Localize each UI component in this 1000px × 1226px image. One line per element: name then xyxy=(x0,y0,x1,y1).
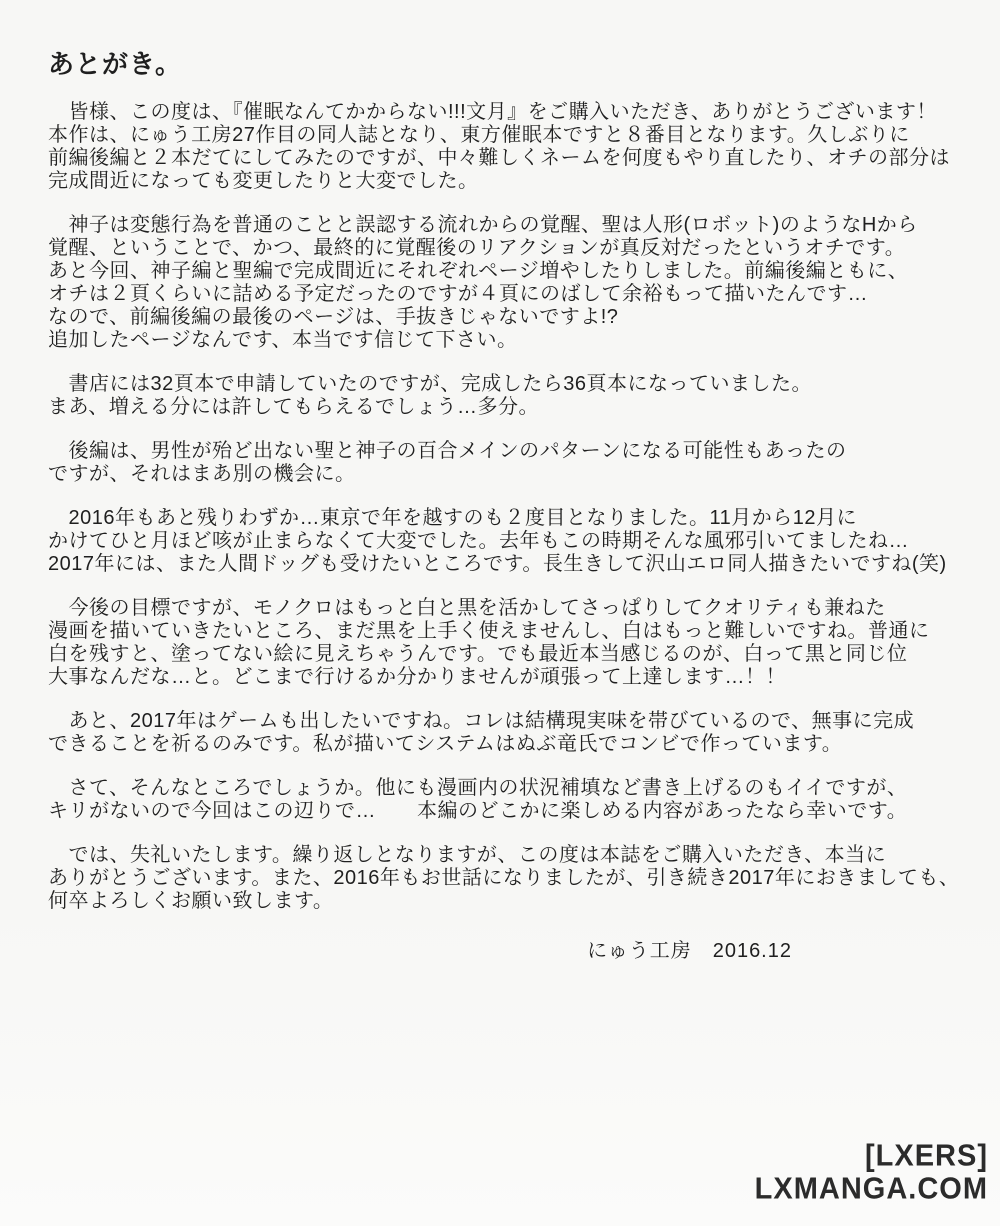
text-line: あと今回、神子編と聖編で完成間近にそれぞれページ増やしたりしました。前編後編とも… xyxy=(48,260,960,283)
text-line: あと、2017年はゲームも出したいですね。コレは結構現実味を帯びているので、無事… xyxy=(48,710,960,733)
text-line: 覚醒、ということで、かつ、最終的に覚醒後のリアクションが真反対だったというオチで… xyxy=(48,237,960,260)
paragraph: 今後の目標ですが、モノクロはもっと白と黒を活かしてさっぱりしてクオリティも兼ねた… xyxy=(48,597,960,689)
paragraph: さて、そんなところでしょうか。他にも漫画内の状況補填など書き上げるのもイイですが… xyxy=(48,777,960,823)
page-title: あとがき。 xyxy=(48,44,960,81)
text-line: 後編は、男性が殆ど出ない聖と神子の百合メインのパターンになる可能性もあったの xyxy=(48,440,960,463)
paragraph: あと、2017年はゲームも出したいですね。コレは結構現実味を帯びているので、無事… xyxy=(48,710,960,756)
text-line: 神子は変態行為を普通のことと誤認する流れからの覚醒、聖は人形(ロボット)のような… xyxy=(48,214,960,237)
signature: にゅう工房 2016.12 xyxy=(48,934,960,963)
text-line: では、失礼いたします。繰り返しとなりますが、この度は本誌をご購入いただき、本当に xyxy=(48,844,960,867)
text-line: オチは２頁くらいに詰める予定だったのですが４頁にのばして余裕もって描いたんです… xyxy=(48,283,960,306)
text-line: 何卒よろしくお願い致します。 xyxy=(48,890,960,913)
text-line: 前編後編と２本だてにしてみたのですが、中々難しくネームを何度もやり直したり、オチ… xyxy=(48,147,960,170)
paragraph: 神子は変態行為を普通のことと誤認する流れからの覚醒、聖は人形(ロボット)のような… xyxy=(48,214,960,352)
text-line: 大事なんだな…と。どこまで行けるか分かりませんが頑張って上達します…！！ xyxy=(48,666,960,689)
paragraph: 後編は、男性が殆ど出ない聖と神子の百合メインのパターンになる可能性もあったのです… xyxy=(48,440,960,486)
text-line: キリがないので今回はこの辺りで… 本編のどこかに楽しめる内容があったなら幸いです… xyxy=(48,800,960,823)
paragraph: では、失礼いたします。繰り返しとなりますが、この度は本誌をご購入いただき、本当に… xyxy=(48,844,960,913)
paragraph: 2016年もあと残りわずか…東京で年を越すのも２度目となりました。11月から12… xyxy=(48,507,960,576)
text-line: 完成間近になっても変更したりと大変でした。 xyxy=(48,170,960,193)
afterword-body: 皆様、この度は、『催眠なんてかからない!!!文月』をご購入いただき、ありがとうご… xyxy=(48,101,960,913)
watermark-site-name: LXMANGA.COM xyxy=(755,1172,988,1207)
text-line: ありがとうございます。また、2016年もお世話になりましたが、引き続き2017年… xyxy=(48,867,960,890)
text-line: できることを祈るのみです。私が描いてシステムはぬぶ竜氏でコンビで作っています。 xyxy=(48,733,960,756)
watermark: [LXERS] LXMANGA.COM xyxy=(755,1140,988,1206)
text-line: 本作は、にゅう工房27作目の同人誌となり、東方催眠本ですと８番目となります。久し… xyxy=(48,124,960,147)
text-line: なので、前編後編の最後のページは、手抜きじゃないですよ!? xyxy=(48,306,960,329)
text-line: 2016年もあと残りわずか…東京で年を越すのも２度目となりました。11月から12… xyxy=(48,507,960,530)
text-line: 2017年には、また人間ドッグも受けたいところです。長生きして沢山エロ同人描きた… xyxy=(48,553,960,576)
watermark-group-name: [LXERS] xyxy=(755,1139,988,1174)
text-line: 今後の目標ですが、モノクロはもっと白と黒を活かしてさっぱりしてクオリティも兼ねた xyxy=(48,597,960,620)
text-line: ですが、それはまあ別の機会に。 xyxy=(48,463,960,486)
paragraph: 皆様、この度は、『催眠なんてかからない!!!文月』をご購入いただき、ありがとうご… xyxy=(48,101,960,193)
text-line: かけてひと月ほど咳が止まらなくて大変でした。去年もこの時期そんな風邪引いてました… xyxy=(48,530,960,553)
text-line: 書店には32頁本で申請していたのですが、完成したら36頁本になっていました。 xyxy=(48,373,960,396)
text-line: 皆様、この度は、『催眠なんてかからない!!!文月』をご購入いただき、ありがとうご… xyxy=(48,101,960,124)
paragraph: 書店には32頁本で申請していたのですが、完成したら36頁本になっていました。まあ… xyxy=(48,373,960,419)
text-line: 追加したページなんです、本当です信じて下さい。 xyxy=(48,329,960,352)
text-line: 白を残すと、塗ってない絵に見えちゃうんです。でも最近本当感じるのが、白って黒と同… xyxy=(48,643,960,666)
afterword-page: あとがき。 皆様、この度は、『催眠なんてかからない!!!文月』をご購入いただき、… xyxy=(0,0,1000,963)
text-line: さて、そんなところでしょうか。他にも漫画内の状況補填など書き上げるのもイイですが… xyxy=(48,777,960,800)
text-line: まあ、増える分には許してもらえるでしょう…多分。 xyxy=(48,396,960,419)
text-line: 漫画を描いていきたいところ、まだ黒を上手く使えませんし、白はもっと難しいですね。… xyxy=(48,620,960,643)
